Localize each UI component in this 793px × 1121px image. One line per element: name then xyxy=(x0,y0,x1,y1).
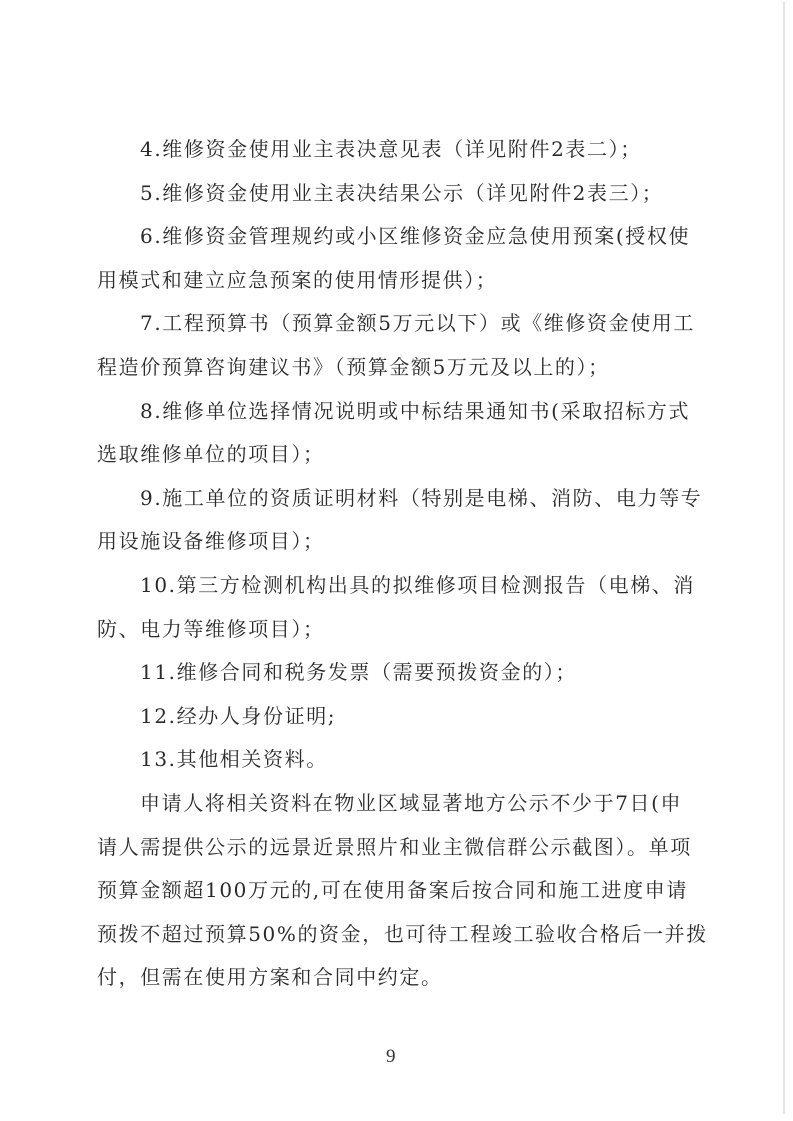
notice-paragraph: 申请人将相关资料在物业区域显著地方公示不少于7日(申 请人需提供公示的远景近景照… xyxy=(97,785,697,1003)
text-line: 请人需提供公示的远景近景照片和业主微信群公示截图）。单项 xyxy=(97,829,697,873)
scan-edge-line xyxy=(783,2,785,1114)
text-line: 申请人将相关资料在物业区域显著地方公示不少于7日(申 xyxy=(97,785,697,829)
text-line: 6.维修资金管理规约或小区维修资金应急使用预案(授权使 xyxy=(97,218,697,262)
list-item-10: 10.第三方检测机构出具的拟维修项目检测报告（电梯、消 防、电力等维修项目）； xyxy=(97,567,697,654)
text-line: 选取维修单位的项目）； xyxy=(97,436,697,480)
text-line: 9.施工单位的资质证明材料（特别是电梯、消防、电力等专 xyxy=(97,480,697,524)
text-line: 预拨不超过预算50%的资金，也可待工程竣工验收合格后一并拨 xyxy=(97,916,697,960)
list-item-12: 12.经办人身份证明; xyxy=(97,698,697,742)
text-line: 付，但需在使用方案和合同中约定。 xyxy=(97,959,697,1003)
list-item-11: 11.维修合同和税务发票（需要预拨资金的）； xyxy=(97,654,697,698)
list-item-8: 8.维修单位选择情况说明或中标结果通知书(采取招标方式 选取维修单位的项目）； xyxy=(97,393,697,480)
text-line: 预算金额超100万元的,可在使用备案后按合同和施工进度申请 xyxy=(97,872,697,916)
text-line: 程造价预算咨询建议书》（预算金额5万元及以上的）； xyxy=(97,349,697,393)
text-line: 防、电力等维修项目）； xyxy=(97,611,697,655)
text-line: 12.经办人身份证明; xyxy=(97,698,697,742)
list-item-6: 6.维修资金管理规约或小区维修资金应急使用预案(授权使 用模式和建立应急预案的使… xyxy=(97,218,697,305)
document-body: 4.维修资金使用业主表决意见表（详见附件2表二）； 5.维修资金使用业主表决结果… xyxy=(97,131,697,1003)
text-line: 4.维修资金使用业主表决意见表（详见附件2表二）； xyxy=(97,131,697,175)
text-line: 10.第三方检测机构出具的拟维修项目检测报告（电梯、消 xyxy=(97,567,697,611)
text-line: 8.维修单位选择情况说明或中标结果通知书(采取招标方式 xyxy=(97,393,697,437)
list-item-4: 4.维修资金使用业主表决意见表（详见附件2表二）； xyxy=(97,131,697,175)
list-item-7: 7.工程预算书（预算金额5万元以下）或《维修资金使用工 程造价预算咨询建议书》（… xyxy=(97,305,697,392)
list-item-9: 9.施工单位的资质证明材料（特别是电梯、消防、电力等专 用设施设备维修项目）； xyxy=(97,480,697,567)
text-line: 7.工程预算书（预算金额5万元以下）或《维修资金使用工 xyxy=(97,305,697,349)
page-number: 9 xyxy=(386,1046,396,1068)
text-line: 用模式和建立应急预案的使用情形提供）； xyxy=(97,262,697,306)
list-item-13: 13.其他相关资料。 xyxy=(97,741,697,785)
text-line: 13.其他相关资料。 xyxy=(97,741,697,785)
text-line: 用设施设备维修项目）； xyxy=(97,523,697,567)
document-page: 4.维修资金使用业主表决意见表（详见附件2表二）； 5.维修资金使用业主表决结果… xyxy=(0,0,793,1121)
list-item-5: 5.维修资金使用业主表决结果公示（详见附件2表三）； xyxy=(97,175,697,219)
text-line: 5.维修资金使用业主表决结果公示（详见附件2表三）； xyxy=(97,175,697,219)
text-line: 11.维修合同和税务发票（需要预拨资金的）； xyxy=(97,654,697,698)
